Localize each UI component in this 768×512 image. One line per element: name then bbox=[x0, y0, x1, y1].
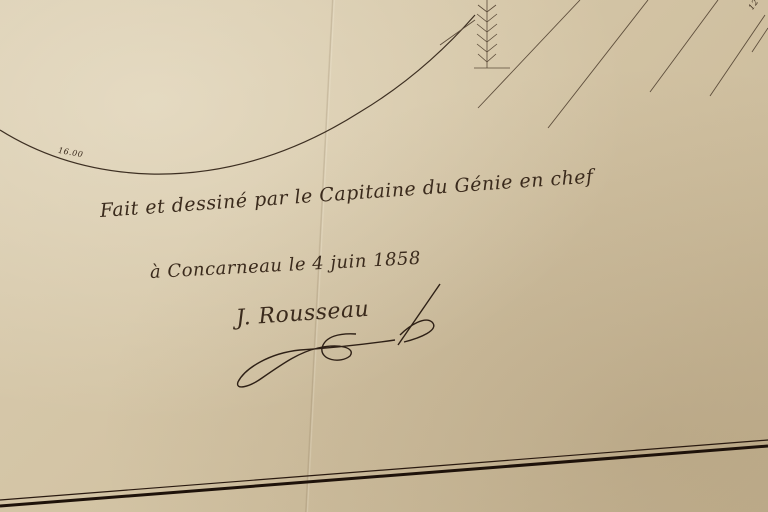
document-sheet: 16.00 12 Fait et dessiné par le Capitain… bbox=[0, 0, 768, 512]
hatch-lines bbox=[440, 0, 768, 128]
border-double-line bbox=[0, 440, 768, 506]
tree-symbol-icon bbox=[474, 0, 510, 68]
